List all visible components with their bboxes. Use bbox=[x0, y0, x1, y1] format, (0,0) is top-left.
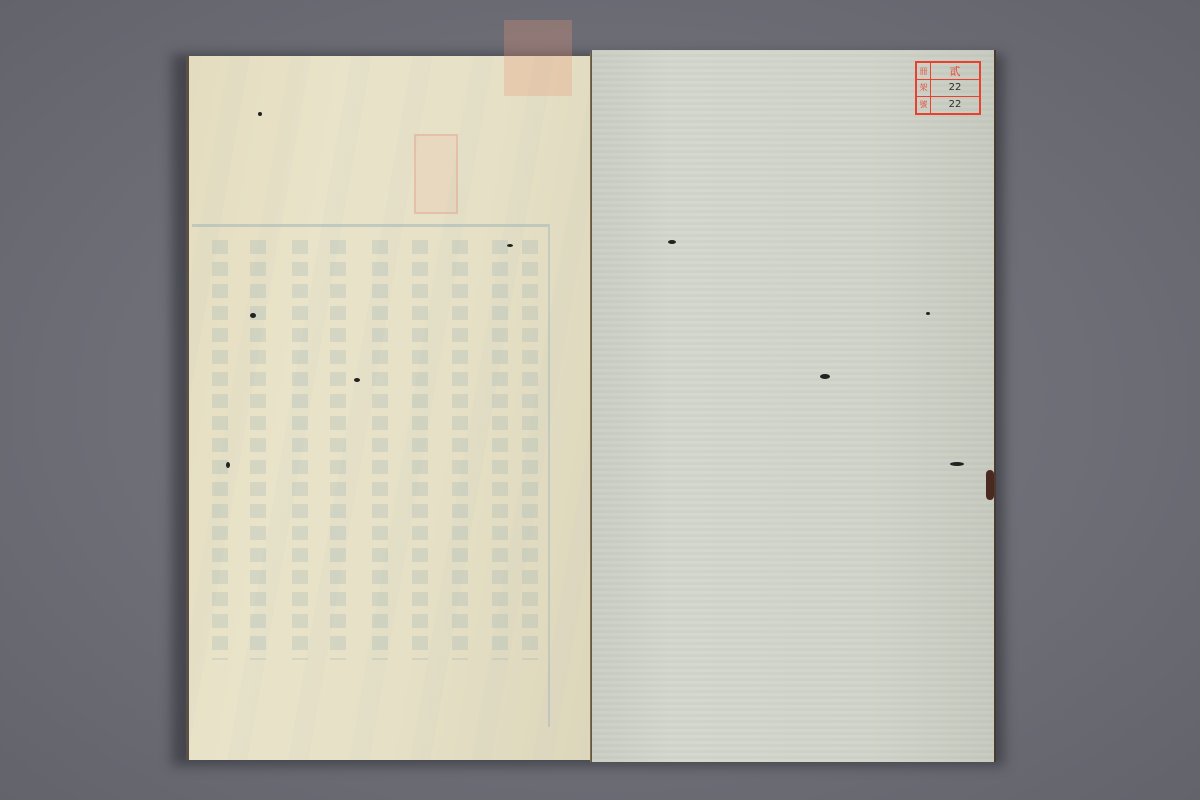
bleed-through-column bbox=[372, 240, 388, 660]
stamp-label: 架 bbox=[917, 80, 931, 97]
speck bbox=[507, 244, 513, 247]
bleed-through-column bbox=[250, 240, 266, 660]
bleed-through-column bbox=[212, 240, 228, 660]
stamp-value: 貳 bbox=[931, 63, 979, 80]
bleed-through-column bbox=[452, 240, 468, 660]
stamp-value: 22 bbox=[931, 97, 979, 114]
speck bbox=[354, 378, 360, 382]
stamp-value: 22 bbox=[931, 80, 979, 97]
bleed-through-column bbox=[330, 240, 346, 660]
library-stamp: 冊 貳 架 22 號 22 bbox=[915, 61, 981, 115]
bleed-through-seal-top bbox=[504, 20, 572, 96]
bleed-through-column bbox=[492, 240, 508, 660]
right-page bbox=[592, 50, 996, 762]
bleed-through-column bbox=[522, 240, 538, 660]
speck bbox=[950, 462, 964, 466]
speck bbox=[258, 112, 262, 116]
speck bbox=[926, 312, 930, 315]
bleed-through-column bbox=[292, 240, 308, 660]
bleed-through-column bbox=[412, 240, 428, 660]
bleed-through-seal bbox=[414, 134, 458, 214]
speck bbox=[820, 374, 830, 379]
stamp-label: 號 bbox=[917, 97, 931, 114]
speck bbox=[668, 240, 676, 244]
edge-stain bbox=[986, 470, 994, 500]
stamp-label: 冊 bbox=[917, 63, 931, 80]
speck bbox=[226, 462, 230, 468]
speck bbox=[250, 313, 256, 318]
